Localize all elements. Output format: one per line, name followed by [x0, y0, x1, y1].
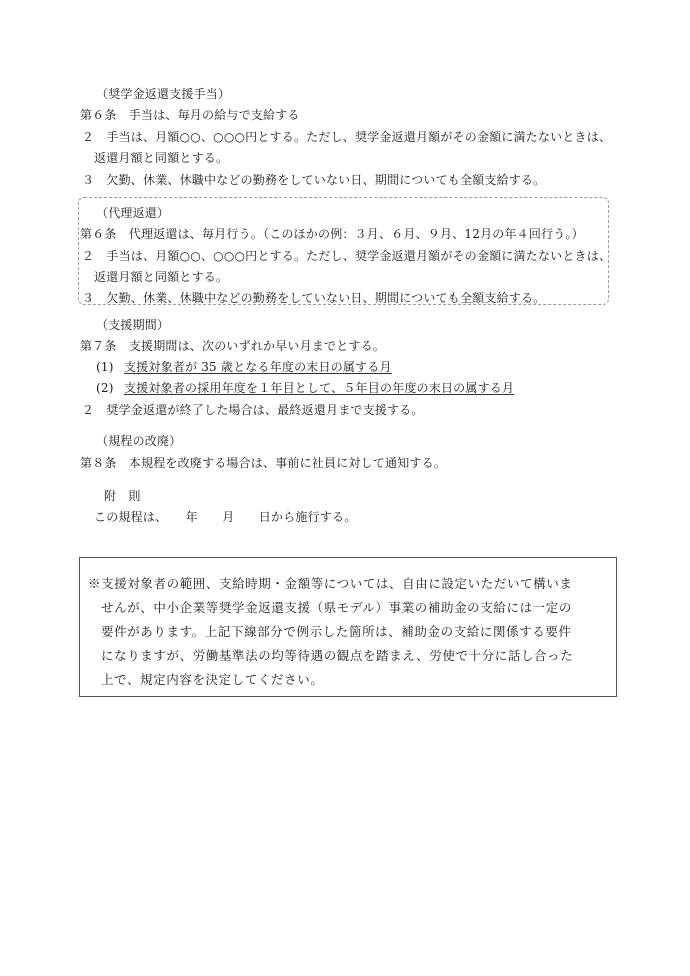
paragraph-text: ２ 手当は、月額○○、○○○円とする。ただし、奨学金返還月額がその金額に満たない…	[82, 248, 611, 264]
section-heading: （奨学金返還支援手当）	[96, 86, 230, 102]
section-heading: （規程の改廃）	[96, 433, 181, 449]
note-line: になりますが、労働基準法の均等待遇の観点を踏まえ、労使で十分に話し合った	[101, 648, 573, 664]
note-line: せんが、中小企業等奨学金返還支援（県モデル）事業の補助金の支給には一定の	[101, 600, 572, 616]
list-item-number: (2)	[96, 380, 114, 396]
list-item-number: (1)	[96, 359, 114, 375]
paragraph-text: ２ 手当は、月額○○、○○○円とする。ただし、奨学金返還月額がその金額に満たない…	[82, 129, 611, 145]
list-item-text: 支援対象者が 35 歳となる年度の末日の属する月	[124, 359, 392, 375]
paragraph-text: 返還月額と同額とする。	[94, 150, 228, 166]
list-item-text: 支援対象者の採用年度を１年目として、５年目の年度の末日の属する月	[124, 380, 514, 396]
paragraph-text: ３ 欠勤、休業、休職中などの勤務をしていない日、期間についても全額支給する。	[82, 172, 545, 188]
paragraph-text: この規程は、 年 月 日から施行する。	[94, 509, 356, 525]
section-heading: （支援期間）	[96, 317, 169, 333]
section-heading: （代理返還）	[96, 205, 169, 221]
article-text: 第６条 代理返還は、毎月行う。（このほかの例：３月、６月、９月、12月の年４回行…	[80, 226, 584, 242]
article-text: 第６条 手当は、毎月の給与で支給する	[80, 107, 300, 123]
note-line: ※支援対象者の範囲、支給時期・金額等については、自由に設定いただいて構いま	[88, 576, 572, 592]
note-line: 要件があります。上記下線部分で例示した箇所は、補助金の支給に関係する要件	[101, 624, 572, 640]
article-text: 第８条 本規程を改廃する場合は、事前に社員に対して通知する。	[80, 455, 446, 471]
paragraph-text: ３ 欠勤、休業、休職中などの勤務をしていない日、期間についても全額支給する。	[82, 290, 545, 306]
paragraph-text: 返還月額と同額とする。	[94, 269, 228, 285]
section-heading: 附 則	[104, 488, 141, 504]
paragraph-text: ２ 奨学金返還が終了した場合は、最終返還月まで支援する。	[82, 402, 424, 418]
note-line: 上で、規定内容を決定してください。	[101, 672, 323, 688]
article-text: 第７条 支援期間は、次のいずれか早い月までとする。	[80, 338, 385, 354]
